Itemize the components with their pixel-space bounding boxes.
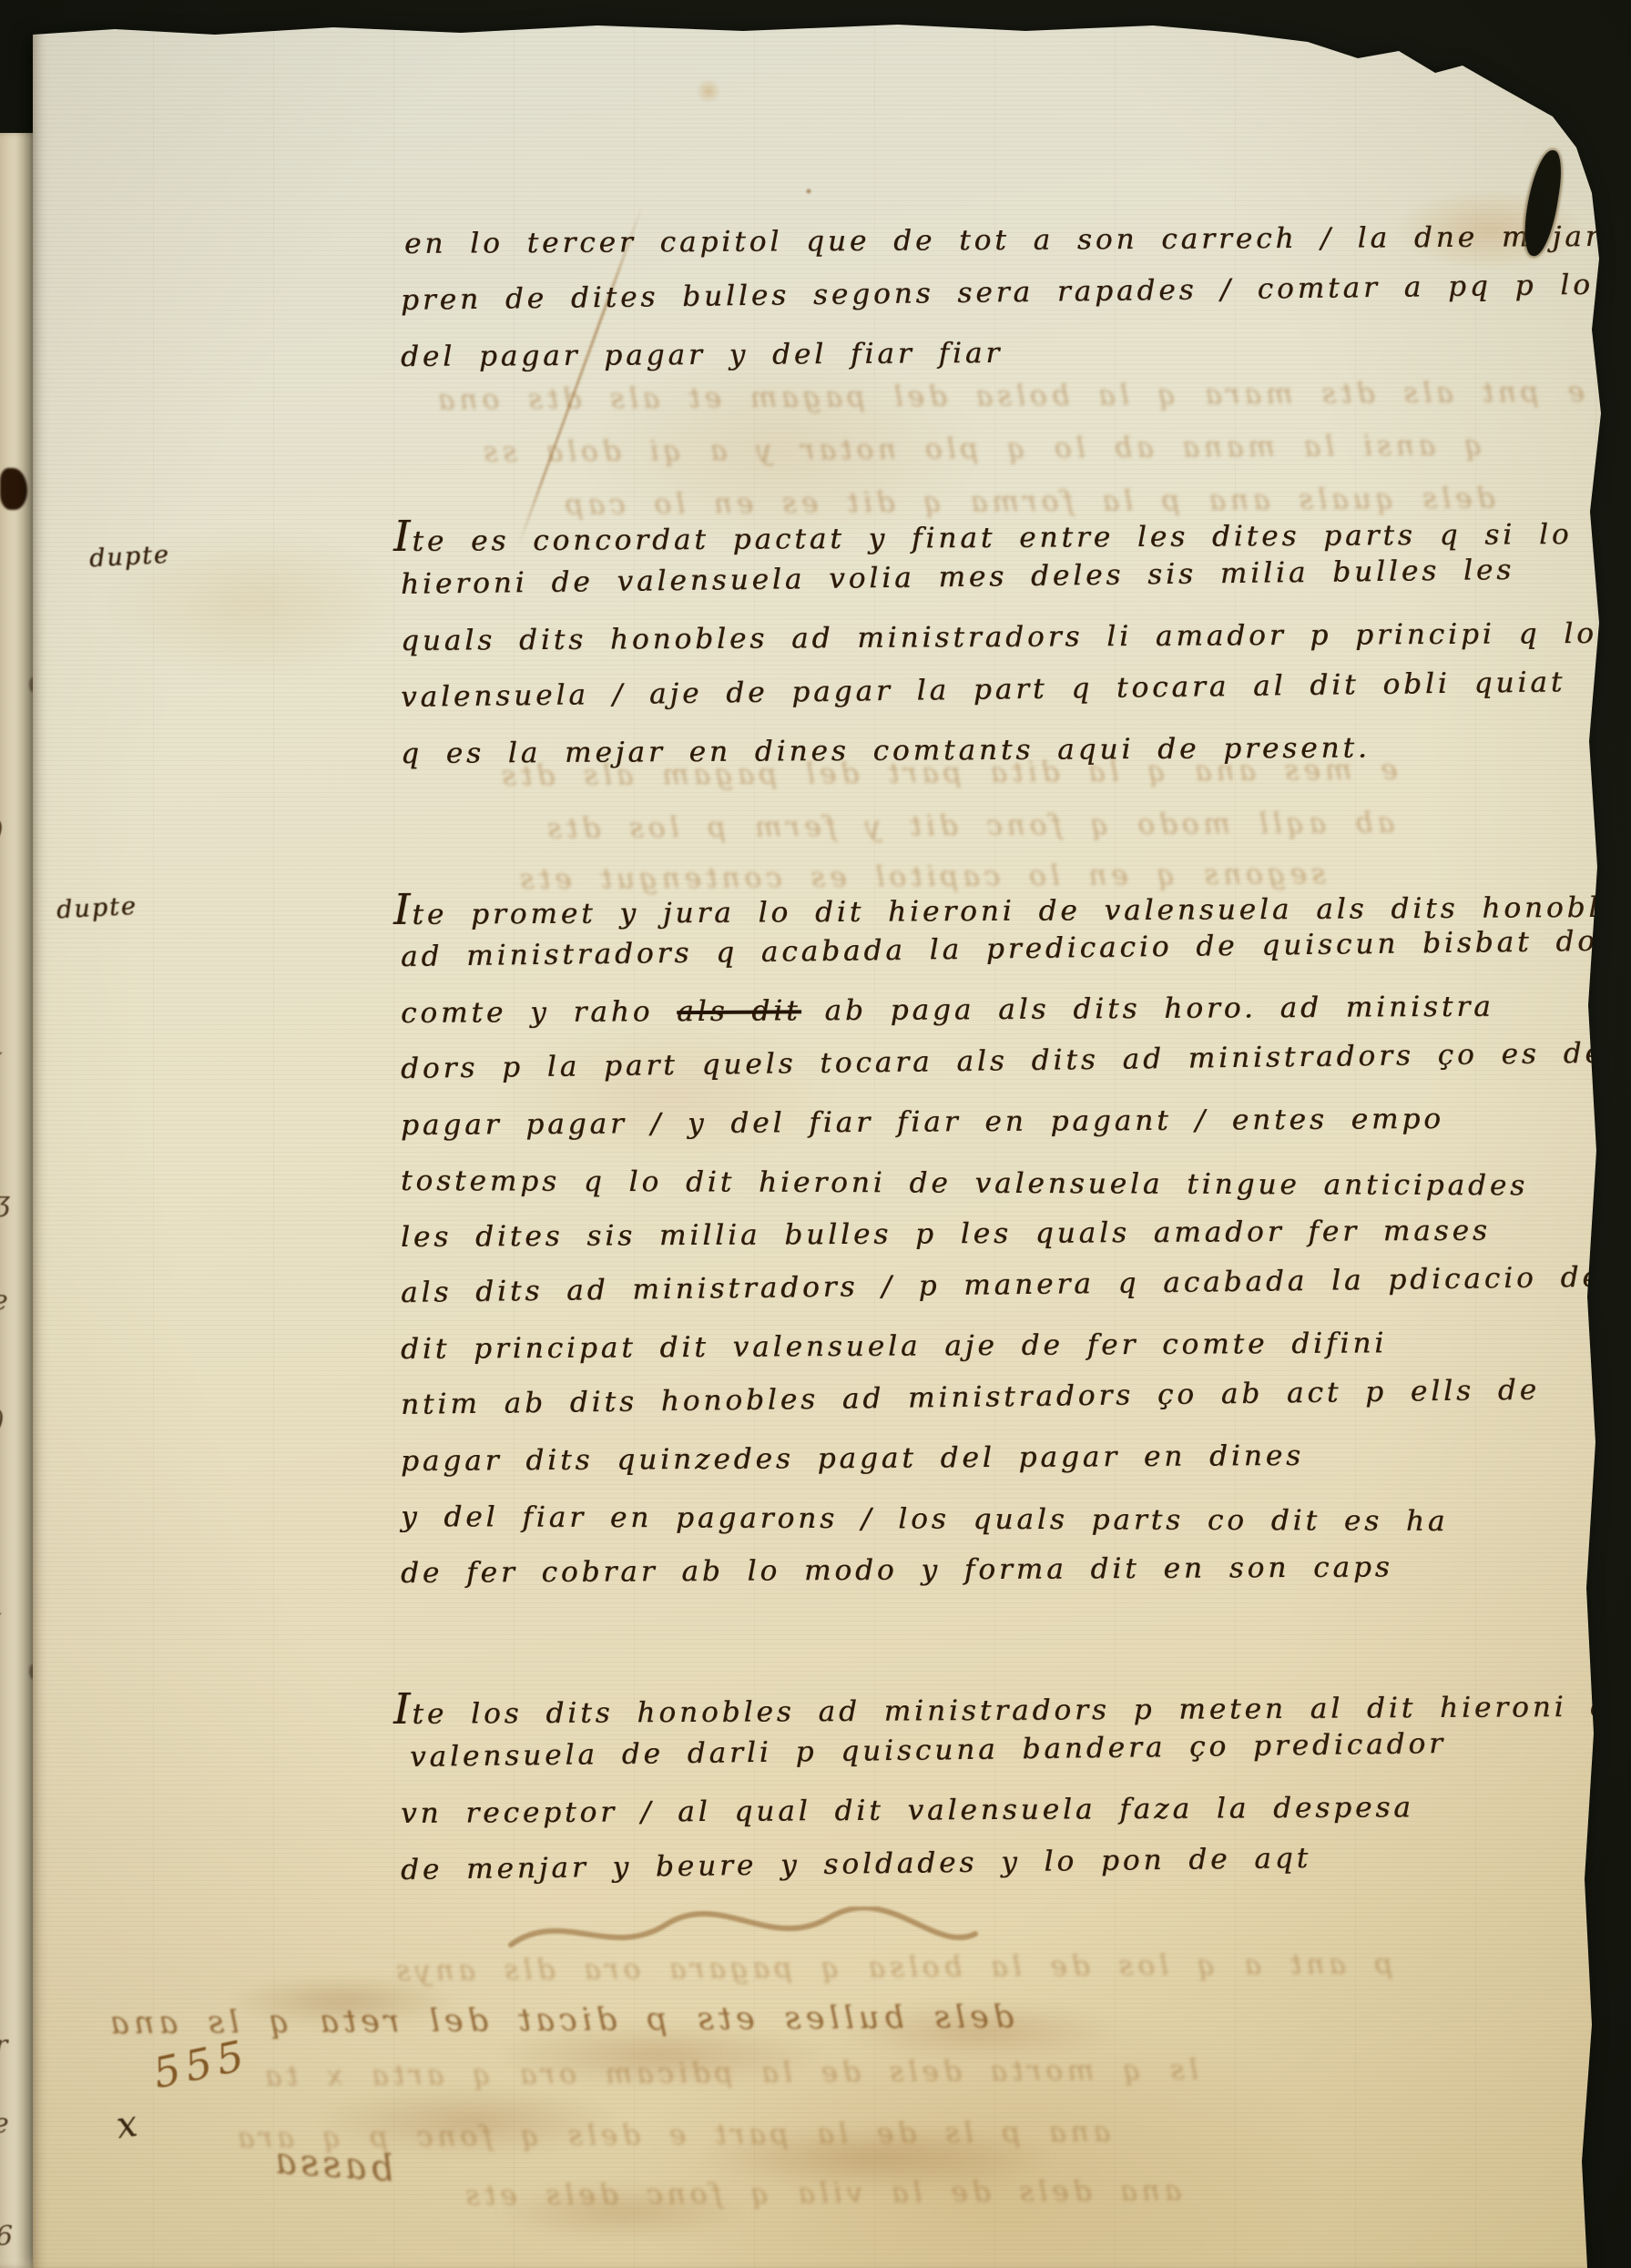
page-shadow-wrap: e pnt als dts mara q la bolsa del pagam … [0, 0, 1631, 2268]
photo-background: ) ( ʒ e ) ( r e 6 e pnt als dts mara q l… [0, 0, 1631, 2268]
manuscript-page: e pnt als dts mara q la bolsa del pagam … [33, 20, 1606, 2268]
page-vignette [33, 20, 1606, 2268]
